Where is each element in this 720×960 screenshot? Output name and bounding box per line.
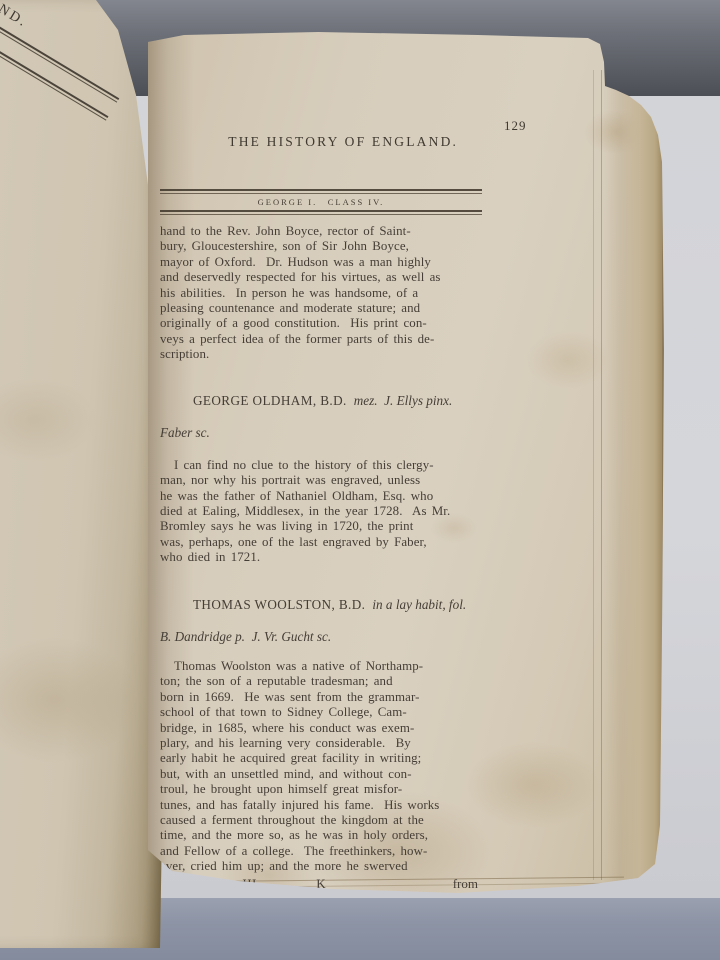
footer-row: Vol. III. K from xyxy=(160,876,482,894)
text-block: THE HISTORY OF ENGLAND. 129 GEORGE I. CL… xyxy=(160,118,482,894)
fore-edge-crease-2 xyxy=(593,70,594,880)
left-page-content: HISTORY OF ENGLAND. GEORGE I. CLASS IV. … xyxy=(0,0,131,687)
running-head-row: THE HISTORY OF ENGLAND. 129 xyxy=(160,118,482,182)
entry-george-oldham: GEORGE OLDHAM, B.D.mez. J. Ellys pinx. F… xyxy=(160,378,482,441)
entry-name: GEORGE OLDHAM, B.D. xyxy=(193,393,347,408)
entry-name: THOMAS WOOLSTON, B.D. xyxy=(193,597,365,612)
entry-engraver-note-2: B. Dandridge p. J. Vr. Gucht sc. xyxy=(160,629,482,645)
rule-top-thin xyxy=(160,193,482,194)
running-head: THE HISTORY OF ENGLAND. xyxy=(228,134,458,149)
left-page: HISTORY OF ENGLAND. GEORGE I. CLASS IV. … xyxy=(0,0,164,948)
catchword: from xyxy=(453,876,478,892)
signature-mark: K xyxy=(316,876,325,892)
fore-edge-crease xyxy=(601,70,602,880)
class-rule-box: GEORGE I. CLASS IV. xyxy=(160,189,482,215)
entry-engraver-note: in a lay habit, fol. xyxy=(372,597,466,612)
rule-bottom-thick xyxy=(160,210,482,212)
page-number: 129 xyxy=(504,118,527,134)
volume-label: Vol. III. xyxy=(212,876,261,892)
fore-edge xyxy=(604,58,664,902)
entry-thomas-woolston: THOMAS WOOLSTON, B.D.in a lay habit, fol… xyxy=(160,582,482,645)
paragraph-woolston: Thomas Woolston was a native of Northamp… xyxy=(160,659,482,875)
book-photo: HISTORY OF ENGLAND. GEORGE I. CLASS IV. … xyxy=(0,0,720,960)
entry-heading-line: GEORGE OLDHAM, B.D.mez. J. Ellys pinx. xyxy=(160,378,482,425)
class-line: GEORGE I. CLASS IV. xyxy=(160,197,482,207)
paragraph-oldham: I can find no clue to the history of thi… xyxy=(160,458,482,566)
right-page: THE HISTORY OF ENGLAND. 129 GEORGE I. CL… xyxy=(148,30,664,910)
rule-top-thick xyxy=(160,189,482,191)
paragraph-hudson: hand to the Rev. John Boyce, rector of S… xyxy=(160,224,482,363)
entry-heading-line: THOMAS WOOLSTON, B.D.in a lay habit, fol… xyxy=(160,582,482,629)
entry-engraver-note: mez. J. Ellys pinx. xyxy=(354,393,453,408)
entry-engraver-note-2: Faber sc. xyxy=(160,425,482,441)
rule-bottom-thin xyxy=(160,214,482,215)
